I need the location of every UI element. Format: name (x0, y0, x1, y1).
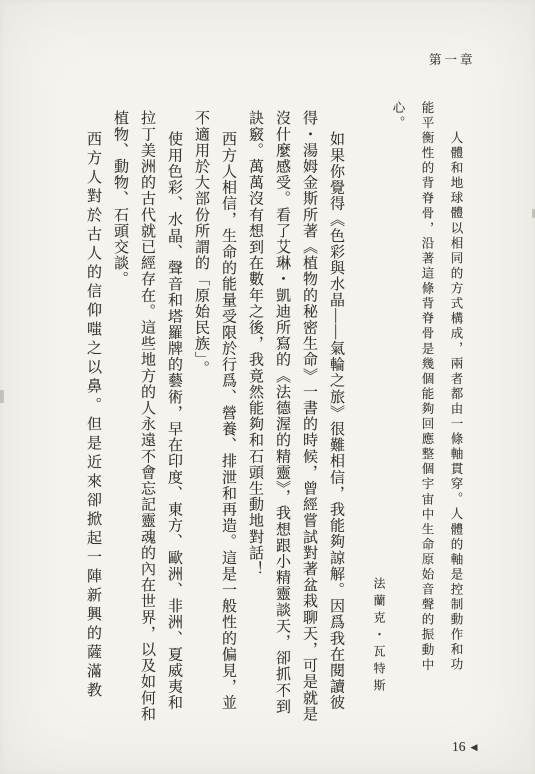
page-number: 16◀ (452, 739, 477, 755)
paragraph-1: 如果你覺得《色彩與水晶——氣輪之旅》很難相信，我能夠諒解。因爲我在閱讀彼得・湯姆… (241, 110, 349, 722)
epigraph-quote: 人體和地球體以相同的方式構成，兩者都由一條軸貫穿。人體的軸是控制動作和功能平衡性… (383, 101, 470, 673)
epigraph-attribution: 法蘭克・瓦特斯 (371, 577, 388, 696)
scan-artifact-left (0, 390, 4, 403)
book-page: 第一章 人體和地球體以相同的方式構成，兩者都由一條軸貫穿。人體的軸是控制動作和功… (0, 0, 535, 774)
chapter-header: 第一章 (429, 50, 476, 68)
paragraph-4: 西方人對於古人的信仰嗤之以鼻。但是近來卻掀起一陣新興的薩滿教 (79, 110, 106, 722)
paragraph-3: 使用色彩、水晶、聲音和塔羅牌的藝術，早在印度、東方、歐洲、非洲、夏威夷和拉丁美洲… (106, 110, 187, 722)
paragraph-2: 西方人相信，生命的能量受限於行爲、營養、排泄和再造。這是一般性的偏見，並不適用於… (187, 110, 241, 722)
body-text: 如果你覺得《色彩與水晶——氣輪之旅》很難相信，我能夠諒解。因爲我在閱讀彼得・湯姆… (79, 110, 349, 722)
page-marker-icon: ◀ (471, 743, 478, 753)
page-number-value: 16 (452, 739, 466, 754)
